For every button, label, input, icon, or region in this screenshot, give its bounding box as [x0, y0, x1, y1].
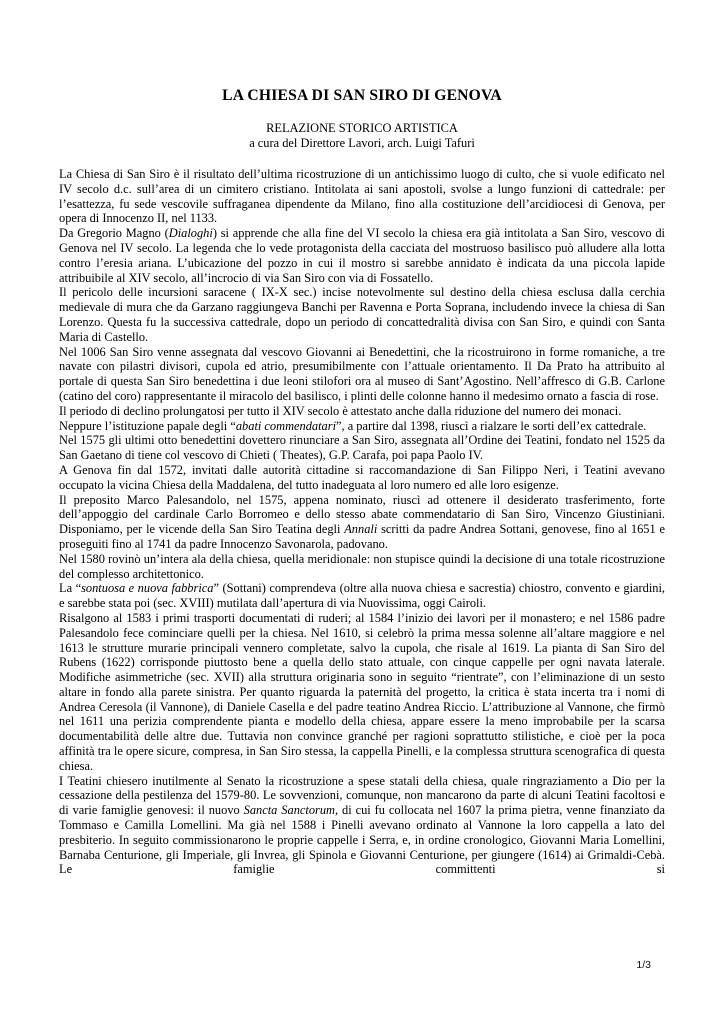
document-content: LA CHIESA DI SAN SIRO DI GENOVA RELAZION…: [59, 87, 665, 877]
text-run: La Chiesa di San Siro è il risultato del…: [59, 167, 665, 225]
italic-text: sontuosa e nuova fabbrica: [81, 581, 213, 595]
page-title: LA CHIESA DI SAN SIRO DI GENOVA: [59, 87, 665, 105]
document-page: LA CHIESA DI SAN SIRO DI GENOVA RELAZION…: [0, 0, 724, 1024]
paragraph: Risalgono al 1583 i primi trasporti docu…: [59, 611, 665, 774]
paragraph: La Chiesa di San Siro è il risultato del…: [59, 167, 665, 226]
paragraph: Nel 1580 rovinò un’intera ala della chie…: [59, 552, 665, 582]
paragraph: I Teatini chiesero inutilmente al Senato…: [59, 774, 665, 878]
text-run: La “: [59, 581, 81, 595]
text-run: Il periodo di declino prolungatosi per t…: [59, 404, 621, 418]
text-run: Risalgono al 1583 i primi trasporti docu…: [59, 611, 665, 773]
paragraph: Il periodo di declino prolungatosi per t…: [59, 404, 665, 419]
text-run: Neppure l’istituzione papale degli “: [59, 419, 236, 433]
paragraph: Il pericolo delle incursioni saracene ( …: [59, 285, 665, 344]
text-run: Da Gregorio Magno (: [59, 226, 169, 240]
text-run: Nel 1575 gli ultimi otto benedettini dov…: [59, 433, 665, 462]
italic-text: Dialoghi: [169, 226, 213, 240]
italic-text: Sancta Sanctorum: [244, 803, 335, 817]
paragraph: Nel 1006 San Siro venne assegnata dal ve…: [59, 345, 665, 404]
page-number: 1/3: [636, 959, 651, 971]
text-run: A Genova fin dal 1572, invitati dalle au…: [59, 463, 665, 492]
paragraph: Nel 1575 gli ultimi otto benedettini dov…: [59, 433, 665, 463]
italic-text: Annali: [344, 522, 377, 536]
paragraph: Da Gregorio Magno (Dialoghi) si apprende…: [59, 226, 665, 285]
document-body: La Chiesa di San Siro è il risultato del…: [59, 167, 665, 877]
text-run: Nel 1580 rovinò un’intera ala della chie…: [59, 552, 665, 581]
paragraph: Il preposito Marco Palesandolo, nel 1575…: [59, 493, 665, 552]
text-run: Il pericolo delle incursioni saracene ( …: [59, 285, 665, 343]
text-run: Nel 1006 San Siro venne assegnata dal ve…: [59, 345, 665, 403]
text-run: ”, a partire dal 1398, riuscì a rialzare…: [336, 419, 646, 433]
paragraph: A Genova fin dal 1572, invitati dalle au…: [59, 463, 665, 493]
paragraph: La “sontuosa e nuova fabbrica” (Sottani)…: [59, 581, 665, 611]
italic-text: abati commendatari: [236, 419, 336, 433]
document-subtitle: RELAZIONE STORICO ARTISTICA: [59, 121, 665, 136]
document-byline: a cura del Direttore Lavori, arch. Luigi…: [59, 136, 665, 151]
paragraph: Neppure l’istituzione papale degli “abat…: [59, 419, 665, 434]
